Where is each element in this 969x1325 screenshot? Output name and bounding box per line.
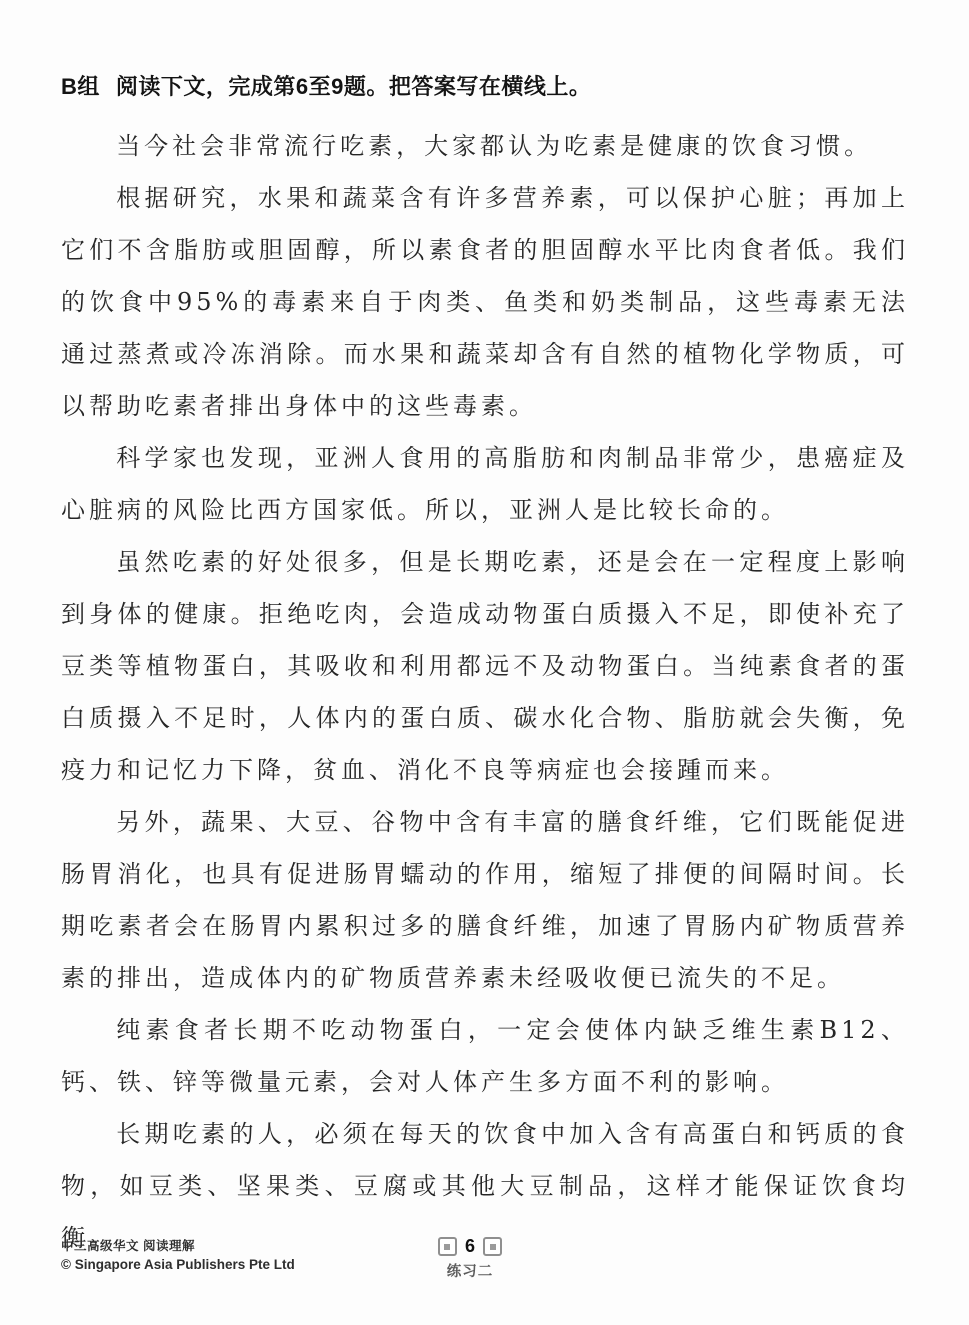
passage-paragraph-4: 虽然吃素的好处很多，但是长期吃素，还是会在一定程度上影响到身体的健康。拒绝吃肉，… xyxy=(61,536,909,796)
page-number-right-square-icon xyxy=(483,1237,502,1256)
page-number-row: 6 xyxy=(438,1236,502,1257)
page-number-left-square-icon xyxy=(438,1237,457,1256)
instructions-text: 阅读下文，完成第6至9题。把答案写在横线上。 xyxy=(116,74,591,99)
reading-passage: 当今社会非常流行吃素，大家都认为吃素是健康的饮食习惯。 根据研究，水果和蔬菜含有… xyxy=(61,120,909,1264)
group-label: B组 xyxy=(61,74,100,99)
square-dot-icon xyxy=(444,1244,450,1250)
page-number: 6 xyxy=(465,1236,475,1257)
page-footer: 中三高级华文 阅读理解 © Singapore Asia Publishers … xyxy=(0,1236,969,1306)
worksheet-page: B组阅读下文，完成第6至9题。把答案写在横线上。 当今社会非常流行吃素，大家都认… xyxy=(0,0,969,1325)
passage-paragraph-5: 另外，蔬果、大豆、谷物中含有丰富的膳食纤维，它们既能促进肠胃消化，也具有促进肠胃… xyxy=(61,796,909,1004)
page-number-block: 6 练习二 xyxy=(0,1236,940,1281)
passage-paragraph-2: 根据研究，水果和蔬菜含有许多营养素，可以保护心脏；再加上它们不含脂肪或胆固醇，所… xyxy=(61,172,909,432)
passage-paragraph-1: 当今社会非常流行吃素，大家都认为吃素是健康的饮食习惯。 xyxy=(61,120,909,172)
square-dot-icon xyxy=(490,1244,496,1250)
section-header: B组阅读下文，完成第6至9题。把答案写在横线上。 xyxy=(61,70,591,101)
exercise-label: 练习二 xyxy=(447,1260,494,1281)
passage-paragraph-3: 科学家也发现，亚洲人食用的高脂肪和肉制品非常少，患癌症及心脏病的风险比西方国家低… xyxy=(61,432,909,536)
passage-paragraph-6: 纯素食者长期不吃动物蛋白，一定会使体内缺乏维生素B12、钙、铁、锌等微量元素，会… xyxy=(61,1004,909,1108)
